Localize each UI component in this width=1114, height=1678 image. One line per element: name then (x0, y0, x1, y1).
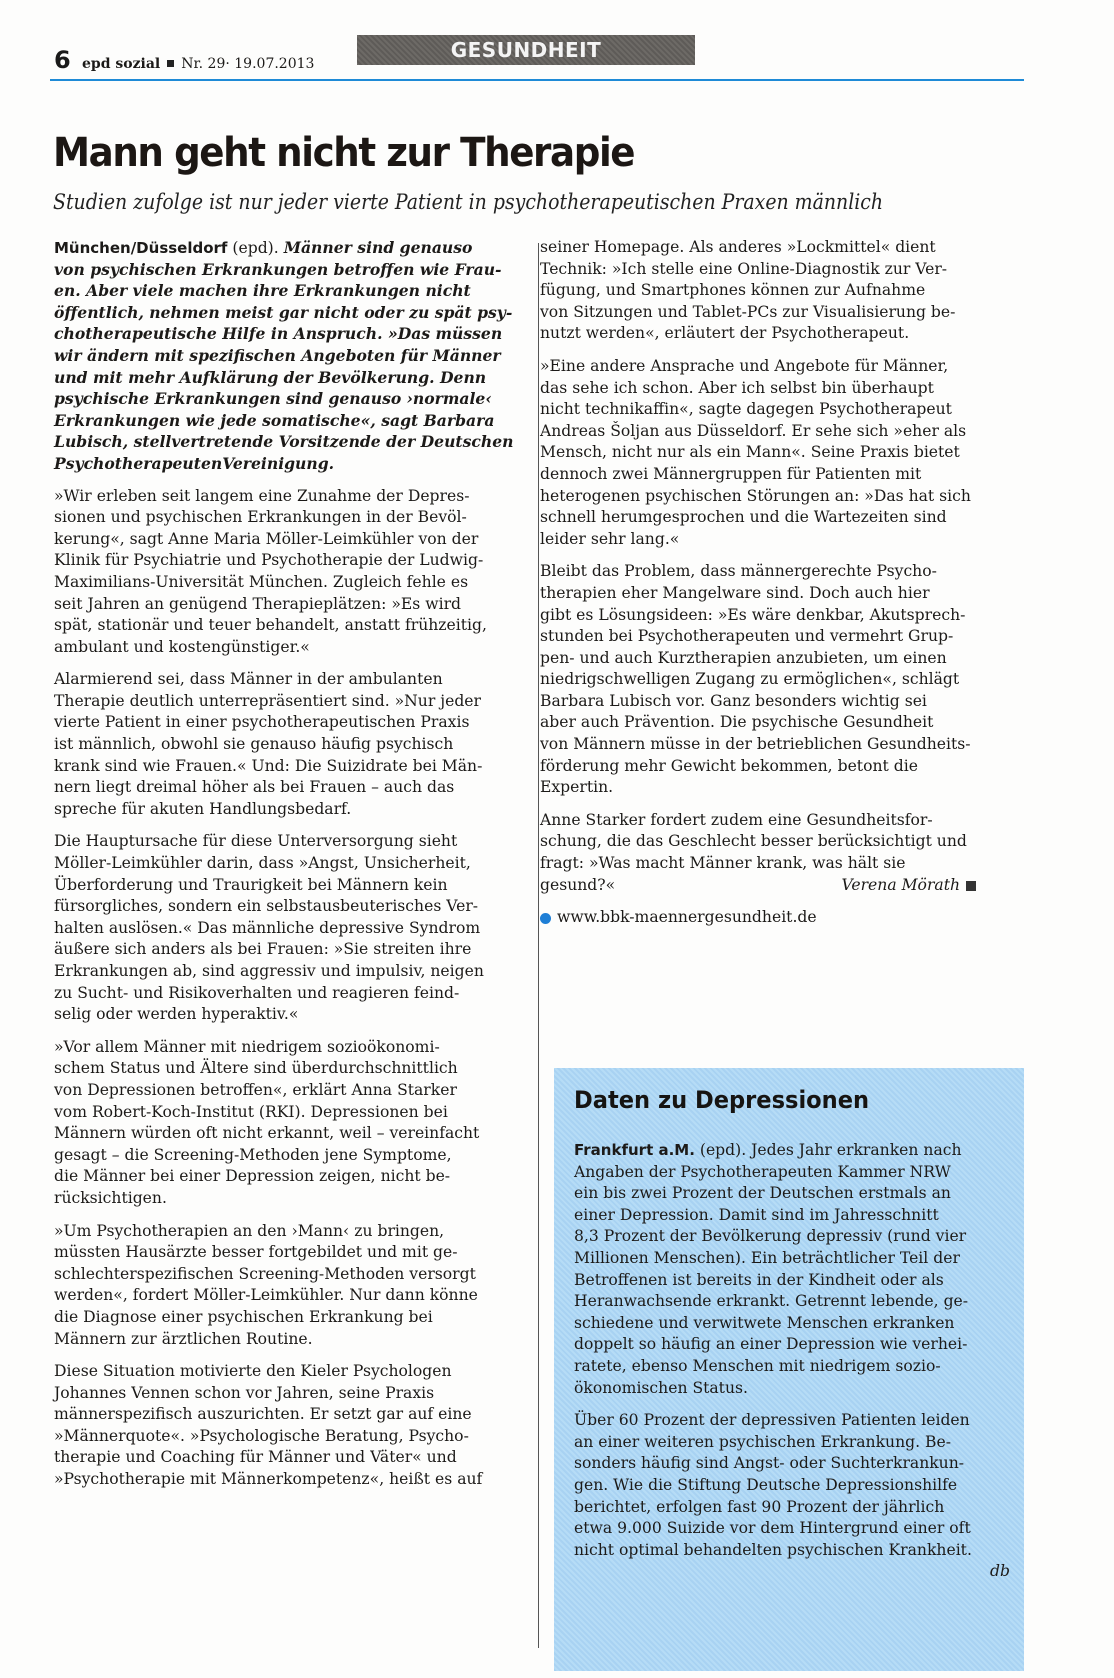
text-line: halten auslösen.« Das männliche depressi… (54, 918, 494, 940)
text-line: ambulant und kostengünstiger.« (54, 637, 494, 659)
header-rule (50, 79, 1024, 81)
text-line: leider sehr lang.« (540, 529, 980, 551)
publication-line: epd sozialNr. 29· 19.07.2013 (82, 56, 314, 72)
issue-info: Nr. 29· 19.07.2013 (181, 56, 314, 72)
text-line: Erkrankungen ab, sind aggressiv und impu… (54, 961, 494, 983)
intro-line: en. Aber viele machen ihre Erkrankungen … (54, 280, 494, 302)
text-line: »Männerquote«. »Psychologische Beratung,… (54, 1426, 494, 1448)
text-line: schlechterspezifischen Screening-Methode… (54, 1264, 494, 1286)
text-line: schem Status und Ältere sind überdurchsc… (54, 1058, 494, 1080)
text-line: vom Robert-Koch-Institut (RKI). Depressi… (54, 1102, 494, 1124)
text-line: rücksichtigen. (54, 1188, 494, 1210)
text-line: nern liegt dreimal höher als bei Frauen … (54, 777, 494, 799)
author-name: Verena Mörath (842, 876, 960, 894)
text-line: Millionen Menschen). Ein beträchtlicher … (574, 1248, 1010, 1270)
end-mark-icon (966, 881, 976, 891)
info-dateline: Frankfurt a.M. (574, 1141, 695, 1159)
text-line: fürsorgliches, sondern ein selbstausbeut… (54, 896, 494, 918)
text-line: nicht technikaffin«, sagte dagegen Psych… (540, 399, 980, 421)
article-column-right: seiner Homepage. Als anderes »Lockmittel… (540, 237, 980, 929)
info-box-depression-data: Daten zu Depressionen Frankfurt a.M. (ep… (554, 1068, 1024, 1671)
text-line: heterogenen psychischen Störungen an: »D… (540, 486, 980, 508)
section-label: GESUNDHEIT (357, 35, 695, 65)
text-line: müssten Hausärzte besser fortgebildet un… (54, 1242, 494, 1264)
text-line: Mensch, nicht nur als ein Mann«. Seine P… (540, 442, 980, 464)
text-line: förderung mehr Gewicht bekommen, betont … (540, 756, 980, 778)
text-line: von Sitzungen und Tablet-PCs zur Visuali… (540, 302, 980, 324)
text-line: Überforderung und Traurigkeit bei Männer… (54, 875, 494, 897)
paragraph: »Wir erleben seit langem eine Zunahme de… (54, 486, 494, 659)
text-line: Anne Starker fordert zudem eine Gesundhe… (540, 810, 980, 832)
intro-line: von psychischen Erkrankungen betroffen w… (54, 259, 494, 281)
text-line: Alarmierend sei, dass Männer in der ambu… (54, 669, 494, 691)
paragraph: Anne Starker fordert zudem eine Gesundhe… (540, 810, 980, 896)
text-line: ist männlich, obwohl sie genauso häufig … (54, 734, 494, 756)
info-first-line: Jedes Jahr erkranken nach (751, 1141, 961, 1159)
text-line: Frankfurt a.M. (epd). Jedes Jahr erkrank… (574, 1140, 1010, 1162)
paragraph: Diese Situation motivierte den Kieler Ps… (54, 1361, 494, 1491)
last-line-text: gesund?« (540, 875, 615, 897)
text-line: äußere sich anders als bei Frauen: »Sie … (54, 939, 494, 961)
text-line: sonders häufig sind Angst- oder Suchterk… (574, 1453, 1010, 1475)
text-line: von Männern müsse in der betrieblichen G… (540, 734, 980, 756)
text-line: von Depressionen betroffen«, erklärt Ann… (54, 1080, 494, 1102)
text-line: Maximilians-Universität München. Zugleic… (54, 572, 494, 594)
paragraph: Bleibt das Problem, dass männergerechte … (540, 561, 980, 799)
text-line: nutzt werden«, erläutert der Psychothera… (540, 323, 980, 345)
text-line: Möller-Leimkühler darin, dass »Angst, Un… (54, 853, 494, 875)
bullet-dot-icon (540, 913, 551, 924)
text-line: gen. Wie die Stiftung Deutsche Depressio… (574, 1475, 1010, 1497)
text-line: pen- und auch Kurztherapien anzubieten, … (540, 648, 980, 670)
article-subheadline: Studien zufolge ist nur jeder vierte Pat… (53, 190, 883, 214)
text-line: die Diagnose einer psychischen Erkrankun… (54, 1307, 494, 1329)
text-line: Die Hauptursache für diese Unterversorgu… (54, 831, 494, 853)
text-line: Über 60 Prozent der depressiven Patiente… (574, 1410, 1010, 1432)
text-line: gibt es Lösungsideen: »Es wäre denkbar, … (540, 605, 980, 627)
text-line: Therapie deutlich unterrepräsentiert sin… (54, 691, 494, 713)
dateline: München/Düsseldorf (54, 239, 227, 257)
paragraph: »Eine andere Ansprache und Angebote für … (540, 356, 980, 550)
info-box-body: Frankfurt a.M. (epd). Jedes Jahr erkrank… (574, 1140, 1010, 1583)
column-divider (538, 243, 539, 1648)
paragraph: Die Hauptursache für diese Unterversorgu… (54, 831, 494, 1025)
text-line: krank sind wie Frauen.« Und: Die Suizidr… (54, 756, 494, 778)
publication-name: epd sozial (82, 56, 160, 72)
text-line: dennoch zwei Männergruppen für Patienten… (540, 464, 980, 486)
text-line: Johannes Vennen schon vor Jahren, seine … (54, 1383, 494, 1405)
author-byline: Verena Mörath (842, 875, 976, 897)
text-line: seiner Homepage. Als anderes »Lockmittel… (540, 237, 980, 259)
article-column-left: München/Düsseldorf (epd). Männer sind ge… (54, 237, 494, 1491)
text-line: Barbara Lubisch vor. Ganz besonders wich… (540, 691, 980, 713)
info-agency: (epd). (695, 1141, 751, 1159)
paragraph: »Vor allem Männer mit niedrigem sozioöko… (54, 1037, 494, 1210)
text-line: niedrigschwelligen Zugang zu ermöglichen… (540, 669, 980, 691)
text-line: Männern würden oft nicht erkannt, weil –… (54, 1123, 494, 1145)
intro-line: öffentlich, nehmen meist gar nicht oder … (54, 302, 494, 324)
text-line: männerspezifisch auszurichten. Er setzt … (54, 1404, 494, 1426)
text-line: Betroffenen ist bereits in der Kindheit … (574, 1270, 1010, 1292)
text-line: seit Jahren an genügend Therapieplätzen:… (54, 594, 494, 616)
info-box-signature: db (574, 1561, 1010, 1583)
square-bullet-icon (167, 60, 174, 67)
text-line: therapien eher Mangelware sind. Doch auc… (540, 583, 980, 605)
text-line: Angaben der Psychotherapeuten Kammer NRW (574, 1162, 1010, 1184)
text-line: die Männer bei einer Depression zeigen, … (54, 1166, 494, 1188)
text-line: das sehe ich schon. Aber ich selbst bin … (540, 378, 980, 400)
text-line: Expertin. (540, 777, 980, 799)
text-line: schung, die das Geschlecht besser berück… (540, 831, 980, 853)
text-line: gesagt – die Screening-Methoden jene Sym… (54, 1145, 494, 1167)
text-line: 8,3 Prozent der Bevölkerung depressiv (r… (574, 1226, 1010, 1248)
text-line: »Psychotherapie mit Männerkompetenz«, he… (54, 1469, 494, 1491)
text-line: »Vor allem Männer mit niedrigem sozioöko… (54, 1037, 494, 1059)
text-line: therapie und Coaching für Männer und Vät… (54, 1447, 494, 1469)
text-line: sionen und psychischen Erkrankungen in d… (54, 507, 494, 529)
page-number: 6 (54, 46, 71, 74)
text-line: fügung, und Smartphones können zur Aufna… (540, 280, 980, 302)
paragraph: seiner Homepage. Als anderes »Lockmittel… (540, 237, 980, 345)
text-line: Heranwachsende erkrankt. Getrennt lebend… (574, 1291, 1010, 1313)
article-headline: Mann geht nicht zur Therapie (53, 130, 634, 176)
text-line: zu Sucht- und Risikoverhalten und reagie… (54, 983, 494, 1005)
intro-line: Erkrankungen wie jede somatische«, sagt … (54, 410, 494, 432)
intro-line: und mit mehr Aufklärung der Bevölkerung.… (54, 367, 494, 389)
text-line: schiedene und verwitwete Menschen erkran… (574, 1313, 1010, 1335)
intro-line: chotherapeutische Hilfe in Anspruch. »Da… (54, 323, 494, 345)
text-line: schnell herumgesprochen und die Wartezei… (540, 507, 980, 529)
text-line: selig oder werden hyperaktiv.« (54, 1004, 494, 1026)
text-line: kerung«, sagt Anne Maria Möller-Leimkühl… (54, 529, 494, 551)
intro-line: PsychotherapeutenVereinigung. (54, 453, 494, 475)
text-line: »Wir erleben seit langem eine Zunahme de… (54, 486, 494, 508)
text-line: ökonomischen Status. (574, 1378, 1010, 1400)
intro-line: psychische Erkrankungen sind genauso ›no… (54, 388, 494, 410)
text-line: aber auch Prävention. Die psychische Ges… (540, 712, 980, 734)
text-line: stunden bei Psychotherapeuten und vermeh… (540, 626, 980, 648)
paragraph: Alarmierend sei, dass Männer in der ambu… (54, 669, 494, 820)
text-line: doppelt so häufig an einer Depression wi… (574, 1334, 1010, 1356)
text-line: fragt: »Was macht Männer krank, was hält… (540, 853, 980, 875)
text-line: werden«, fordert Möller-Leimkühler. Nur … (54, 1285, 494, 1307)
intro-line: wir ändern mit spezifischen Angeboten fü… (54, 345, 494, 367)
text-line: Bleibt das Problem, dass männergerechte … (540, 561, 980, 583)
text-line: ein bis zwei Prozent der Deutschen erstm… (574, 1183, 1010, 1205)
website-link[interactable]: www.bbk-maennergesundheit.de (540, 907, 980, 929)
text-line: Männern zur ärztlichen Routine. (54, 1329, 494, 1351)
text-line: Klinik für Psychiatrie und Psychotherapi… (54, 550, 494, 572)
intro-text: Männer sind genauso (284, 238, 473, 257)
text-line: »Um Psychotherapien an den ›Mann‹ zu bri… (54, 1221, 494, 1243)
text-line: etwa 9.000 Suizide vor dem Hintergrund e… (574, 1518, 1010, 1540)
text-line: Diese Situation motivierte den Kieler Ps… (54, 1361, 494, 1383)
paragraph: »Um Psychotherapien an den ›Mann‹ zu bri… (54, 1221, 494, 1351)
text-line: an einer weiteren psychischen Erkrankung… (574, 1432, 1010, 1454)
text-line: berichtet, erfolgen fast 90 Prozent der … (574, 1497, 1010, 1519)
text-line: spreche für akuten Handlungsbedarf. (54, 799, 494, 821)
text-line: vierte Patient in einer psychotherapeuti… (54, 712, 494, 734)
website-url[interactable]: www.bbk-maennergesundheit.de (557, 908, 817, 926)
text-line: spät, stationär und teuer behandelt, ans… (54, 615, 494, 637)
text-line: Technik: »Ich stelle eine Online-Diagnos… (540, 259, 980, 281)
info-box-title: Daten zu Depressionen (574, 1086, 869, 1114)
closing-line: gesund?« Verena Mörath (540, 875, 976, 897)
text-line: ratete, ebenso Menschen mit niedrigem so… (574, 1356, 1010, 1378)
text-line: einer Depression. Damit sind im Jahressc… (574, 1205, 1010, 1227)
text-line: »Eine andere Ansprache und Angebote für … (540, 356, 980, 378)
text-line: Andreas Šoljan aus Düsseldorf. Er sehe s… (540, 421, 980, 443)
intro-line: Lubisch, stellvertretende Vorsitzende de… (54, 431, 494, 453)
text-line: nicht optimal behandelten psychischen Kr… (574, 1540, 1010, 1562)
intro-first-line: München/Düsseldorf (epd). Männer sind ge… (54, 237, 494, 259)
agency: (epd). (227, 239, 283, 257)
